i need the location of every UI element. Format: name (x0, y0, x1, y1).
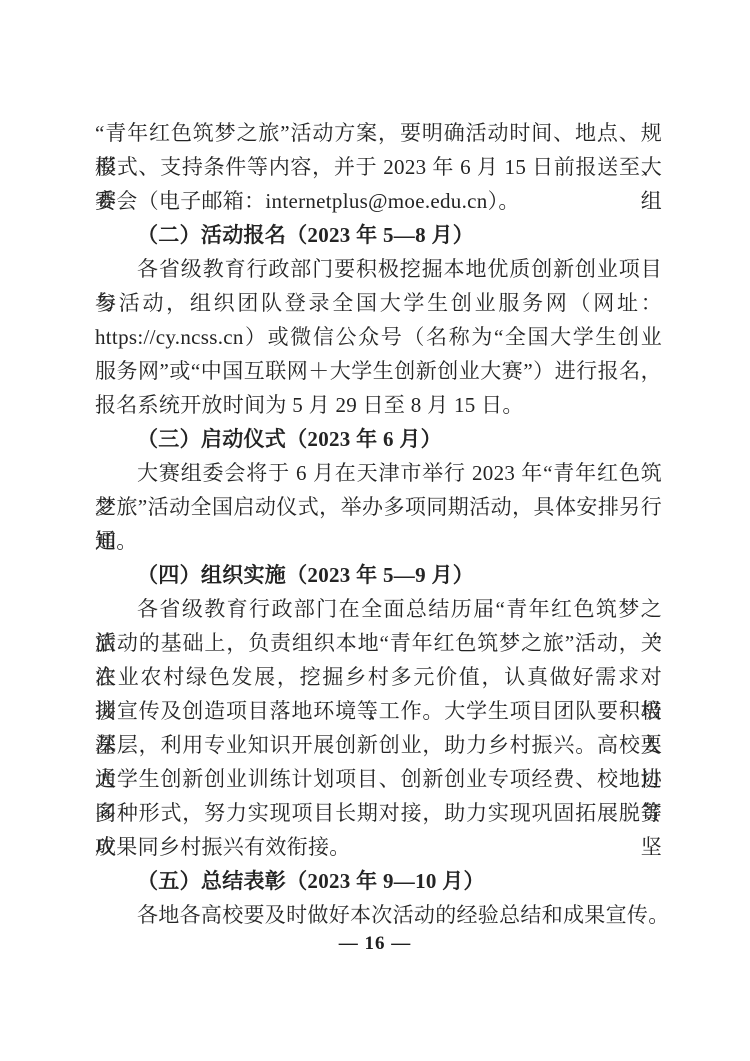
body-line: 各地各高校要及时做好本次活动的经验总结和成果宣传。 (95, 898, 662, 932)
section-heading: （三）启动仪式（2023 年 6 月） (95, 422, 662, 456)
body-line: 报名系统开放时间为 5 月 29 日至 8 月 15 日。 (95, 388, 662, 422)
body-line: 大赛组委会将于 6 月在天津市举行 2023 年“青年红色筑梦 (95, 456, 662, 490)
body-line: 之旅”活动全国启动仪式，举办多项同期活动，具体安排另行通 (95, 490, 662, 524)
body-line: 知。 (95, 524, 662, 558)
section-heading: （二）活动报名（2023 年 5—8 月） (95, 218, 662, 252)
body-line: 服务网”或“中国互联网＋大学生创新创业大赛”）进行报名， (95, 354, 662, 388)
body-line: 训宣传及创造项目落地环境等工作。大学生项目团队要积极深入 (95, 694, 662, 728)
body-line: 基层，利用专业知识开展创新创业，助力乡村振兴。高校要通过 (95, 728, 662, 762)
body-line: 各省级教育行政部门要积极挖掘本地优质创新创业项目参 (95, 252, 662, 286)
body-line: 活动的基础上，负责组织本地“青年红色筑梦之旅”活动，关注 (95, 626, 662, 660)
body-line: 多种形式，努力实现项目长期对接，助力实现巩固拓展脱贫攻坚 (95, 796, 662, 830)
body-line: 大学生创新创业训练计划项目、创新创业专项经费、校地协同等 (95, 762, 662, 796)
body-line: https://cy.ncss.cn）或微信公众号（名称为“全国大学生创业 (95, 320, 662, 354)
page-number: — 16 — (0, 930, 750, 958)
body-line: “青年红色筑梦之旅”活动方案，要明确活动时间、地点、规模、 (95, 116, 662, 150)
body-line: 各省级教育行政部门在全面总结历届“青年红色筑梦之旅” (95, 592, 662, 626)
section-heading: （五）总结表彰（2023 年 9—10 月） (95, 864, 662, 898)
body-line: 农业农村绿色发展，挖掘乡村多元价值，认真做好需求对接、培 (95, 660, 662, 694)
body-line: 形式、支持条件等内容，并于 2023 年 6 月 15 日前报送至大赛组 (95, 150, 662, 184)
document-page: “青年红色筑梦之旅”活动方案，要明确活动时间、地点、规模、 形式、支持条件等内容… (0, 0, 750, 1061)
body-line: 与活动，组织团队登录全国大学生创业服务网（网址： (95, 286, 662, 320)
document-body: “青年红色筑梦之旅”活动方案，要明确活动时间、地点、规模、 形式、支持条件等内容… (95, 116, 662, 932)
section-heading: （四）组织实施（2023 年 5—9 月） (95, 558, 662, 592)
